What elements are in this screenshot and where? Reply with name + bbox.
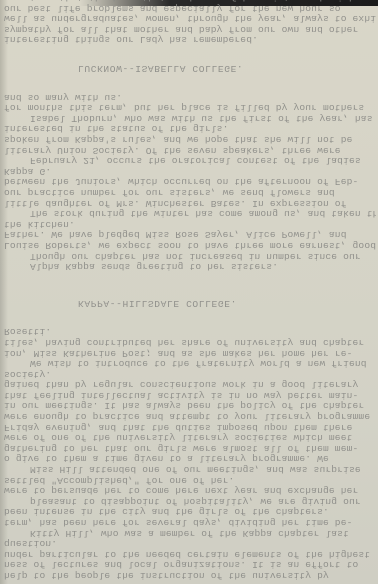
text-line: our practice number for our sisters, we … <box>4 186 376 197</box>
text-line: Miss Hill attended one of our meetings, … <box>4 463 376 474</box>
text-root: help to the people the instruction of th… <box>4 0 376 580</box>
text-line: Though our chapter has not increased in … <box>4 250 376 261</box>
text-line: help to the people the instruction of th… <box>4 569 376 580</box>
text-line: Friday evening, and that the duties impo… <box>4 421 376 432</box>
text-line: and so many with us. <box>4 91 376 102</box>
text-line: that feeling intellectual activity is in… <box>4 389 376 400</box>
text-line: for months this term, but her place is f… <box>4 102 376 113</box>
text-line: were of one of the university literary s… <box>4 432 376 443</box>
text-line: our best life problems and especially fo… <box>4 2 376 13</box>
text-line: term, has been here for several days, di… <box>4 516 376 527</box>
text-line: been intense in the city and the girls o… <box>4 506 376 517</box>
text-line: well as undergraduates, women, through t… <box>4 13 376 24</box>
line-gap <box>4 73 376 91</box>
text-line: tiles, having contributed her share of u… <box>4 336 376 347</box>
text-line: sympathy for all that mother and baby fr… <box>4 23 376 34</box>
text-line: Father. We have pledged Miss Rose Sayer,… <box>4 229 376 240</box>
text-line: Isabel Thoburn, who was with us the firs… <box>4 112 376 123</box>
section-heading: KAPPA--HILLSDALE COLLEGE. <box>4 297 376 308</box>
text-line: ion, Miss Katherine Post; and as she mak… <box>4 347 376 358</box>
text-line: gained than by regular conscientious wor… <box>4 379 376 390</box>
text-line: gathering to her that our girls were alm… <box>4 442 376 453</box>
text-line: Alpha Kappa sends greeting to her sister… <box>4 261 376 272</box>
line-gap <box>4 271 376 297</box>
text-line: The stork during the winter has come amo… <box>4 208 376 219</box>
text-line: under particular to the needed certain e… <box>4 548 376 559</box>
line-gap <box>4 308 376 326</box>
text-line: interesting things our Lady has remember… <box>4 34 376 45</box>
text-line: the kitchen. <box>4 218 376 229</box>
text-line: were enough to practice and attempt to y… <box>4 411 376 422</box>
line-gap <box>4 44 376 62</box>
text-line: spoken from Kappa's rules, and we hope t… <box>4 133 376 144</box>
text-line: o give to them a time given to a literar… <box>4 453 376 464</box>
text-line: Louise Roberts, we expect soon to have t… <box>4 239 376 250</box>
text-line: settled "Accomplished," for one of her. <box>4 474 376 485</box>
text-line: interested in the status of the girls. <box>4 123 376 134</box>
section-heading: LUCKNOW--ISABELLA COLLEGE. <box>4 62 376 73</box>
text-line: society. <box>4 368 376 379</box>
scanned-page: help to the people the instruction of th… <box>0 0 378 584</box>
text-line: between the Juniors, which occurred on t… <box>4 176 376 187</box>
text-line: Kitty Hill, who was a member of the Kapp… <box>4 527 376 538</box>
text-line: February 21, occurs the oratorical conte… <box>4 155 376 166</box>
text-line: Rosetti. <box>4 326 376 337</box>
text-line: We wish to introduce to the fraternity w… <box>4 358 376 369</box>
text-line: Kappa G. <box>4 165 376 176</box>
text-line: were to persuade her to come here next y… <box>4 485 376 496</box>
text-line: ters that the home that each one of her … <box>4 0 376 2</box>
text-line: little daughter of Mrs. Winchester Bates… <box>4 197 376 208</box>
text-line: in our meetings. It has always been the … <box>4 400 376 411</box>
text-line: literary Union Society. Of the seven spe… <box>4 144 376 155</box>
bleed-through-text: help to the people the instruction of th… <box>4 8 376 580</box>
text-line: ness of lectures and local organizations… <box>4 559 376 570</box>
text-line: question. <box>4 538 376 549</box>
text-line: pleasant to disappoint of hospitality, w… <box>4 495 376 506</box>
